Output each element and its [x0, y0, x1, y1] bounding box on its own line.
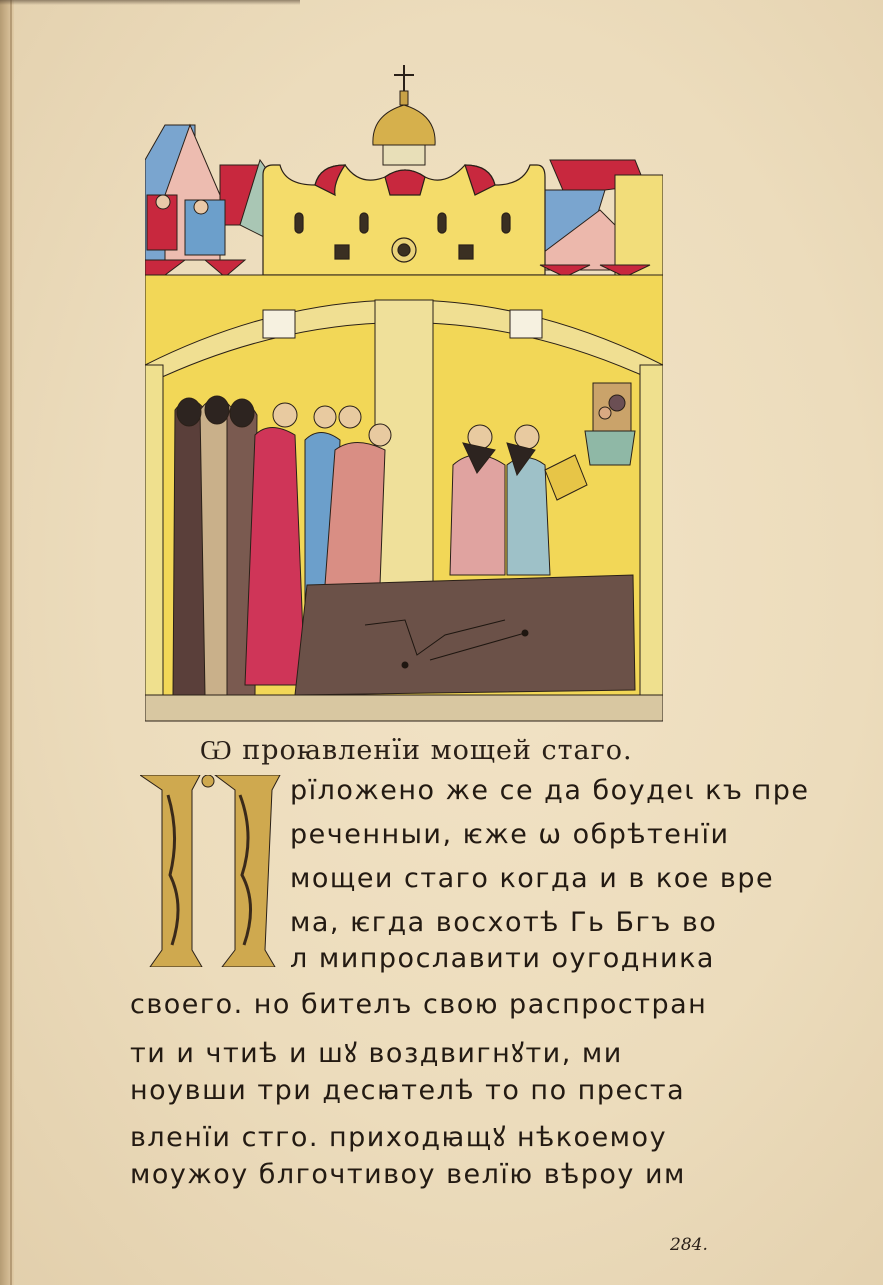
golden-dome	[373, 91, 435, 165]
virgin-and-child-icon	[585, 383, 635, 465]
text-line-4: ма, ѥгда восхотѣ Гь Бгъ во	[290, 907, 717, 938]
left-column	[145, 365, 163, 705]
illuminated-initial-letter	[140, 775, 285, 967]
text-line-9: вленїи стго. приходꙗщꙋ нѣкоемоу	[130, 1117, 667, 1154]
gutter-edge	[10, 0, 12, 1285]
monks-group	[173, 396, 257, 695]
text-line-2: реченныи, ѥже ѡ обрѣтенїи	[290, 819, 730, 850]
text-line-1: рїложено же се да боудеꙇ къ пре	[290, 775, 809, 806]
lattice-window-right	[510, 310, 542, 338]
text-line-8: ноувши три десꙗтелѣ то по преста	[130, 1075, 685, 1106]
chapter-heading: Ѡ проꙗвленїи мощей стаго.	[200, 735, 633, 766]
folio-number: 284.	[670, 1235, 708, 1255]
central-church	[263, 165, 545, 275]
text-line-6: своего. но бителъ свою распростран	[130, 989, 707, 1020]
right-column	[640, 365, 663, 705]
lattice-window-left	[263, 310, 295, 338]
text-line-5: л мипрославити оугодника	[290, 943, 715, 974]
text-line-10: моужоу блгочтивоу велїю вѣроу им	[130, 1159, 686, 1190]
miniature-illustration	[145, 65, 663, 725]
text-line-3: мощеи стаго когда и в кое вре	[290, 863, 774, 894]
stone-floor	[145, 695, 663, 721]
shroud-covered-tomb	[295, 575, 635, 695]
page-shadow	[0, 0, 300, 5]
right-town-house	[530, 160, 663, 275]
text-line-7: ти и чтиѣ и шꙋ воздвигнꙋти, ми	[130, 1033, 623, 1070]
